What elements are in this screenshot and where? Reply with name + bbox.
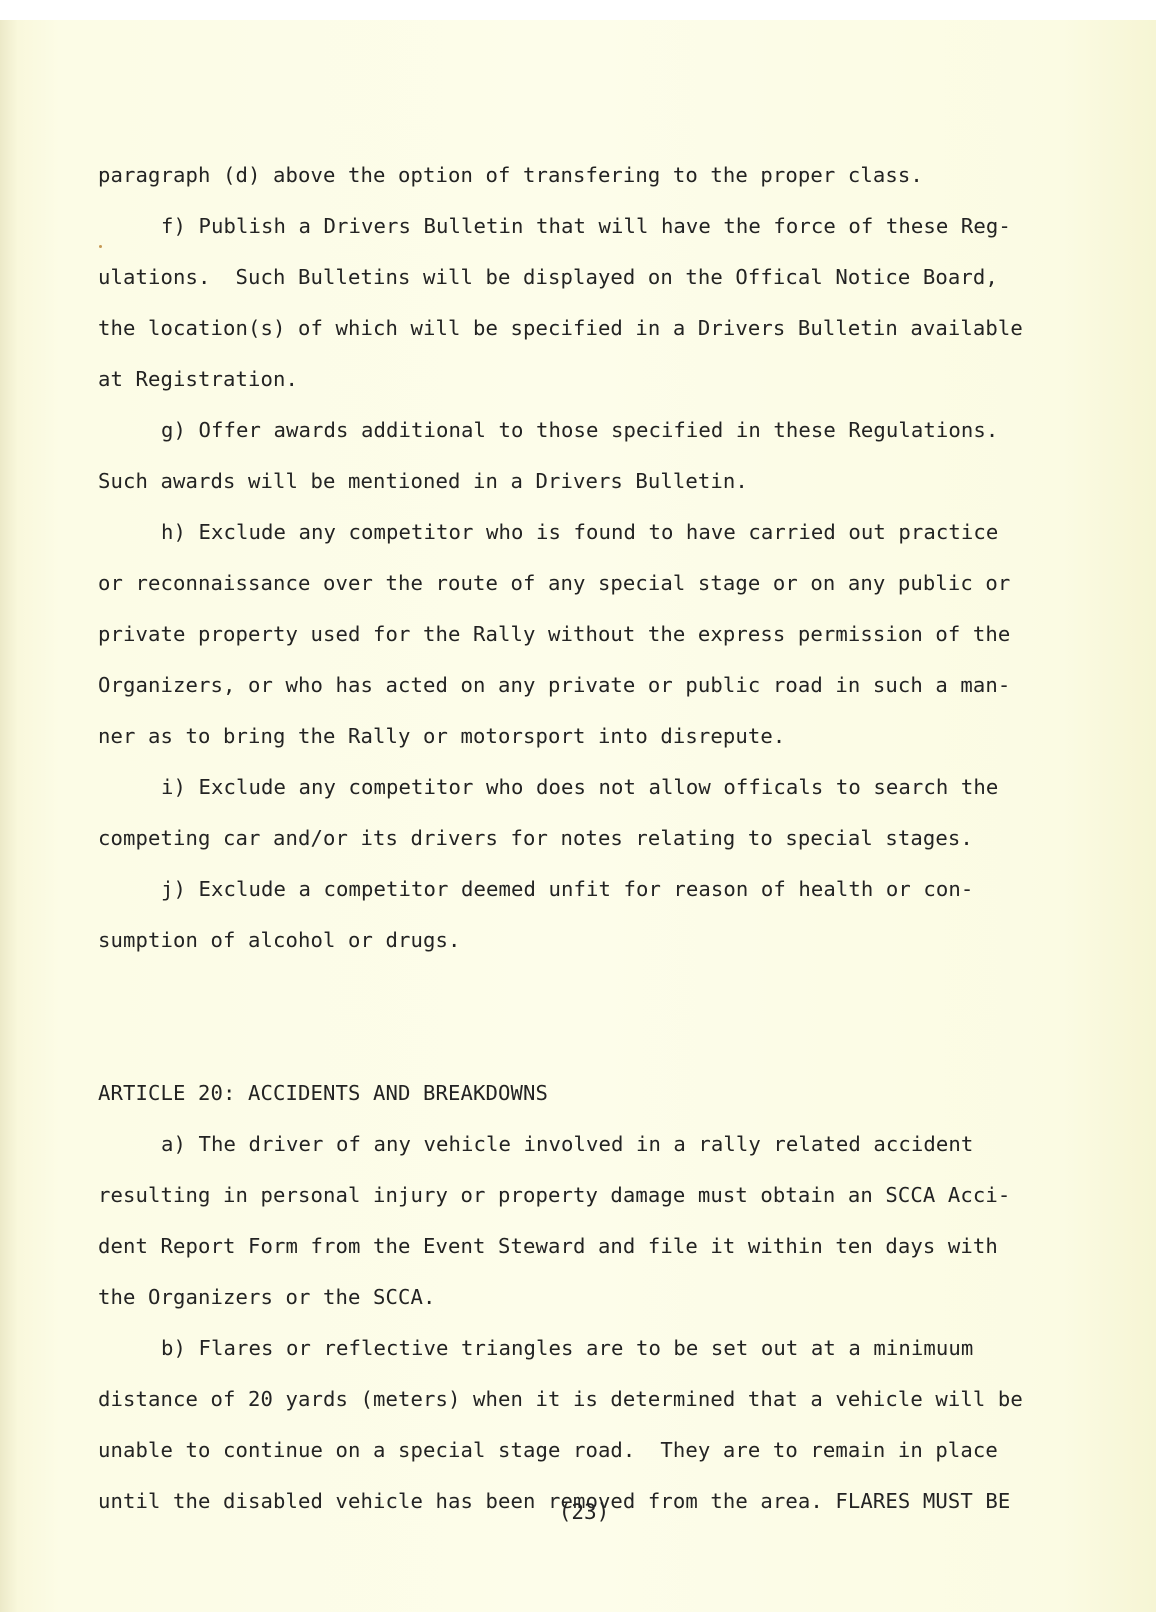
- text-line: distance of 20 yards (meters) when it is…: [98, 1386, 1023, 1412]
- text-line: dent Report Form from the Event Steward …: [98, 1233, 998, 1259]
- text-line: ner as to bring the Rally or motorsport …: [98, 723, 785, 749]
- text-line: sumption of alcohol or drugs.: [98, 927, 460, 953]
- text-line: competing car and/or its drivers for not…: [98, 825, 973, 851]
- text-line: ulations. Such Bulletins will be display…: [98, 264, 998, 290]
- text-line: Such awards will be mentioned in a Drive…: [98, 468, 748, 494]
- text-line: Organizers, or who has acted on any priv…: [98, 672, 1010, 698]
- text-line: b) Flares or reflective triangles are to…: [98, 1335, 973, 1361]
- text-line: i) Exclude any competitor who does not a…: [98, 774, 998, 800]
- text-line: the Organizers or the SCCA.: [98, 1284, 435, 1310]
- text-line: g) Offer awards additional to those spec…: [98, 417, 998, 443]
- text-line: h) Exclude any competitor who is found t…: [98, 519, 998, 545]
- text-line: resulting in personal injury or property…: [98, 1182, 1010, 1208]
- text-line: the location(s) of which will be specifi…: [98, 315, 1023, 341]
- article-heading: ARTICLE 20: ACCIDENTS AND BREAKDOWNS: [98, 1080, 548, 1106]
- text-line: a) The driver of any vehicle involved in…: [98, 1131, 973, 1157]
- text-line: at Registration.: [98, 366, 298, 392]
- text-line: paragraph (d) above the option of transf…: [98, 162, 923, 188]
- page-number: (23): [0, 1500, 1168, 1524]
- text-line: unable to continue on a special stage ro…: [98, 1437, 998, 1463]
- text-line: private property used for the Rally with…: [98, 621, 1010, 647]
- text-line: or reconnaissance over the route of any …: [98, 570, 1010, 596]
- paper-speck: [99, 245, 102, 248]
- document-page: [0, 20, 1156, 1612]
- text-line: f) Publish a Drivers Bulletin that will …: [98, 213, 1011, 239]
- text-line: j) Exclude a competitor deemed unfit for…: [98, 876, 973, 902]
